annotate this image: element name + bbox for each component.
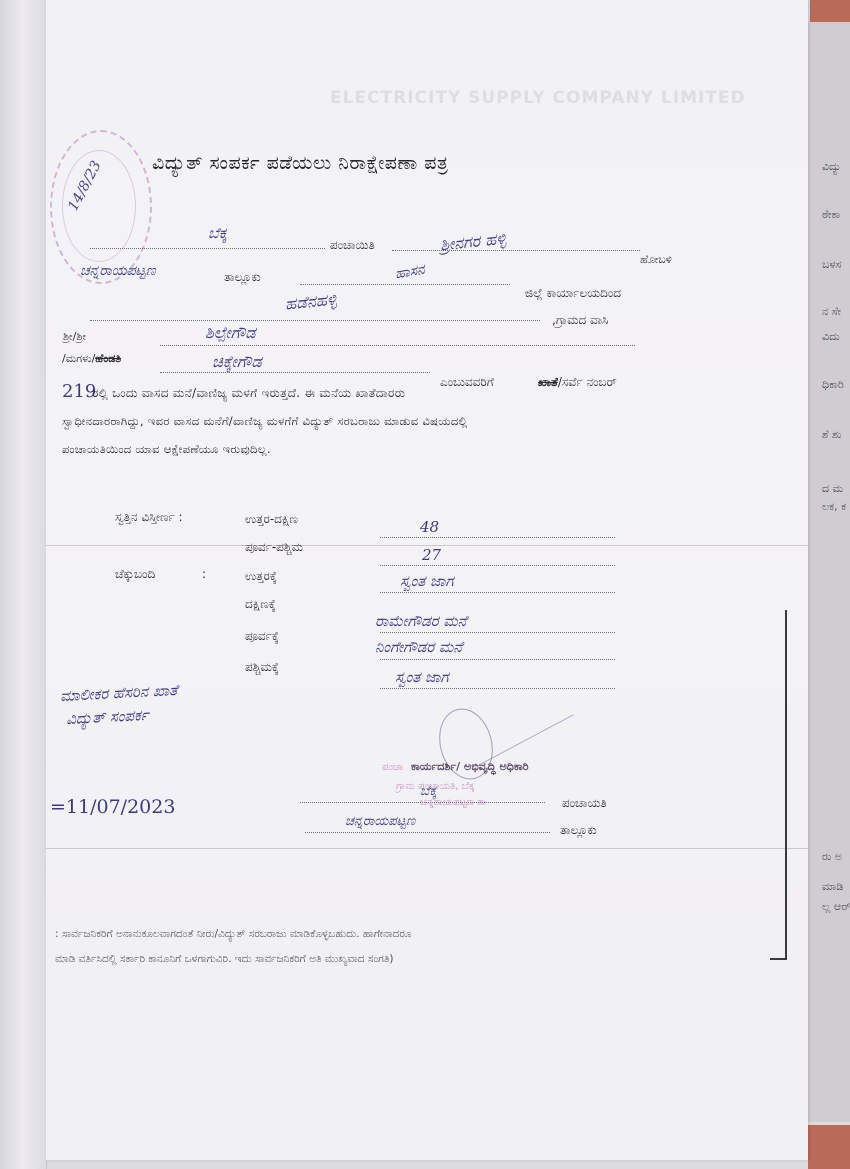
survey-label: ಖಾತೆ/ಸರ್ವೆ ನಂಬರ್ (538, 375, 617, 390)
folder-corner-top (810, 0, 850, 22)
fill-line (380, 537, 615, 538)
underlying-text: ವಿದು (822, 330, 840, 344)
notice-line-2: ಮಾಡಿ ವರ್ತಿಸಿದಲ್ಲಿ ಸರ್ಕಾರಿ ಕಾನೂನಿಗೆ ಒಳಗಾಗ… (55, 953, 393, 966)
relation-label: /ಮಗಳು/ಹೆಂಡತಿ (62, 352, 121, 366)
panchayat-value: ಬೆಕ್ಕ (208, 224, 227, 242)
boundary-south-value: ರಾಮೇಗೌಡರ ಮನೆ (375, 612, 467, 630)
underlying-text: ನ ಸೇ (822, 305, 841, 319)
survey-label-struck: ಖಾತೆ (538, 375, 558, 389)
underlying-text: ದ ಮ (822, 482, 843, 496)
underlying-text: ಲಕ, ಕ (822, 500, 846, 514)
underlying-text: ಶೆ ಶು (822, 428, 842, 442)
relation-value: ಚಿಕ್ಕೇಗೌಡ (212, 352, 262, 372)
relation-label-prefix: /ಮಗಳು/ (62, 352, 95, 365)
underlying-text: ಬಳಸ (822, 258, 841, 272)
survey-label-text: /ಸರ್ವೆ ನಂಬರ್ (558, 375, 617, 389)
signature-taluk-label: ತಾಲ್ಲೂಕು (560, 823, 597, 838)
signature-taluk-value: ಚನ್ನರಾಯಪಟ್ಟಣ (345, 814, 415, 829)
seal-line-1-prefix: ಪಂಚಾ (382, 762, 403, 773)
boundary-colon: : (202, 567, 206, 581)
underlying-text: ವಿದ್ಯು (822, 160, 841, 174)
paragraph-line-1: ರಲ್ಲಿ ಒಂದು ವಾಸದ ಮನೆ/ವಾಣಿಜ್ಯ ಮಳಗೆ ಇರುತ್ತದ… (92, 386, 405, 401)
binding-edge (0, 0, 47, 1169)
fill-line (305, 832, 550, 833)
boundary-east-value: ನಿಂಗೇಗೌಡರ ಮನೆ (375, 638, 462, 656)
underlying-text: ಧಿಕಾರಿ (822, 378, 844, 392)
taluk-value: ಚನ್ನರಾಯಪಟ್ಟಣ (80, 263, 156, 279)
fill-line (380, 659, 615, 660)
fill-line (380, 565, 615, 566)
paragraph-line-3: ಪಂಚಾಯತಿಯಿಂದ ಯಾವ ಆಕ್ಷೇಪಣೆಯೂ ಇರುವುದಿಲ್ಲ. (62, 442, 271, 457)
seal-line-1: ಕಾರ್ಯದರ್ಶಿ/ ಅಭಿವೃದ್ಧಿ ಅಧಿಕಾರಿ (411, 760, 529, 774)
district-label: ಜಿಲ್ಲೆ ಕಾರ್ಯಾಲಯದಿಂದ (525, 286, 621, 301)
fill-line (300, 284, 510, 285)
fill-line (160, 372, 430, 373)
boundary-south-label: ದಕ್ಷಿಣಕ್ಕೆ (245, 597, 276, 612)
panchayat-label: ಪಂಚಾಯಿತಿ (330, 238, 375, 253)
paragraph-line-2: ಸ್ವಾಧೀನದಾರರಾಗಿದ್ದು, ಇವರ ವಾಸದ ಮನೆಗೆ/ವಾಣಿಜ… (62, 414, 468, 429)
page-border-rule (785, 610, 787, 960)
measure-label-ew: ಪೂರ್ವ-ಪಶ್ಚಿಮ (245, 540, 303, 555)
relation-label-struck: ಹೆಂಡತಿ (95, 352, 121, 365)
underlying-text: ಠೇಕಾ (822, 208, 840, 222)
handwritten-date: =11/07/2023 (50, 796, 175, 818)
hobli-label: ಹೋಬಳಿ (640, 253, 672, 267)
signature-panchayat-label: ಪಂಚಾಯತಿ (562, 796, 607, 811)
taluk-label: ತಾಲ್ಲೂಕು (224, 270, 261, 285)
fill-line (90, 248, 325, 249)
named-label: ಎಂಬುವವರಿಗೆ (440, 375, 494, 390)
measure-value-ew: 27 (422, 546, 441, 564)
document-title: ವಿದ್ಯುತ್ ಸಂಪರ್ಕ ಪಡೆಯಲು ನಿರಾಕ್ಷೇಪಣಾ ಪತ್ರ (152, 152, 448, 174)
measure-value-ns: 48 (420, 518, 439, 536)
page-border-rule (770, 958, 787, 960)
fill-line (380, 632, 615, 633)
boundary-west-label: ಪಶ್ಚಿಮಕ್ಕೆ (245, 660, 279, 675)
fill-line (380, 592, 615, 593)
boundary-north-value: ಸ್ವಂತ ಜಾಗ (400, 572, 454, 590)
underlying-text: ರು ಅ (822, 850, 842, 864)
underlying-text: ಲ್ಲ ಆರ್. (822, 900, 850, 914)
fill-line (380, 688, 615, 689)
fill-line (160, 345, 635, 346)
area-label: ಸ್ವತ್ತಿನ ವಿಸ್ತೀರ್ಣ : (115, 510, 183, 525)
boundary-label: ಚೆಕ್ಕುಬಂದಿ (115, 567, 155, 582)
fill-line (392, 250, 640, 251)
shri-value: ಶಿಲ್ಪೇಗೌಡ (205, 323, 255, 343)
seal-line-3: ಚನ್ನರಾಯಪಟ್ಟಣ ತಾ (420, 797, 486, 808)
boundary-west-value: ಸ್ವಂತ ಜಾಗ (395, 668, 449, 686)
boundary-north-label: ಉತ್ತರಕ್ಕೆ (245, 569, 277, 584)
village-label: ,ಗ್ರಾಮದ ವಾಸಿ (552, 313, 608, 328)
notice-line-1: : ಸಾರ್ವಜನಿಕರಿಗೆ ಅನಾನುಕೂಲವಾಗದಂತೆ ನೀರು/ವಿದ… (55, 928, 412, 941)
faint-letterhead: ELECTRICITY SUPPLY COMPANY LIMITED (330, 88, 746, 108)
fill-line (90, 320, 540, 321)
boundary-east-label: ಪೂರ್ವಕ್ಕೆ (245, 629, 279, 644)
measure-label-ns: ಉತ್ತರ-ದಕ್ಷಿಣ (245, 512, 298, 527)
fold-line (46, 848, 808, 849)
underlying-text: ಮಾಡಿ (822, 880, 843, 894)
shri-label: ಶ್ರೀ/ಶ್ರೀ (63, 330, 86, 344)
folder-corner-bottom (808, 1125, 850, 1169)
